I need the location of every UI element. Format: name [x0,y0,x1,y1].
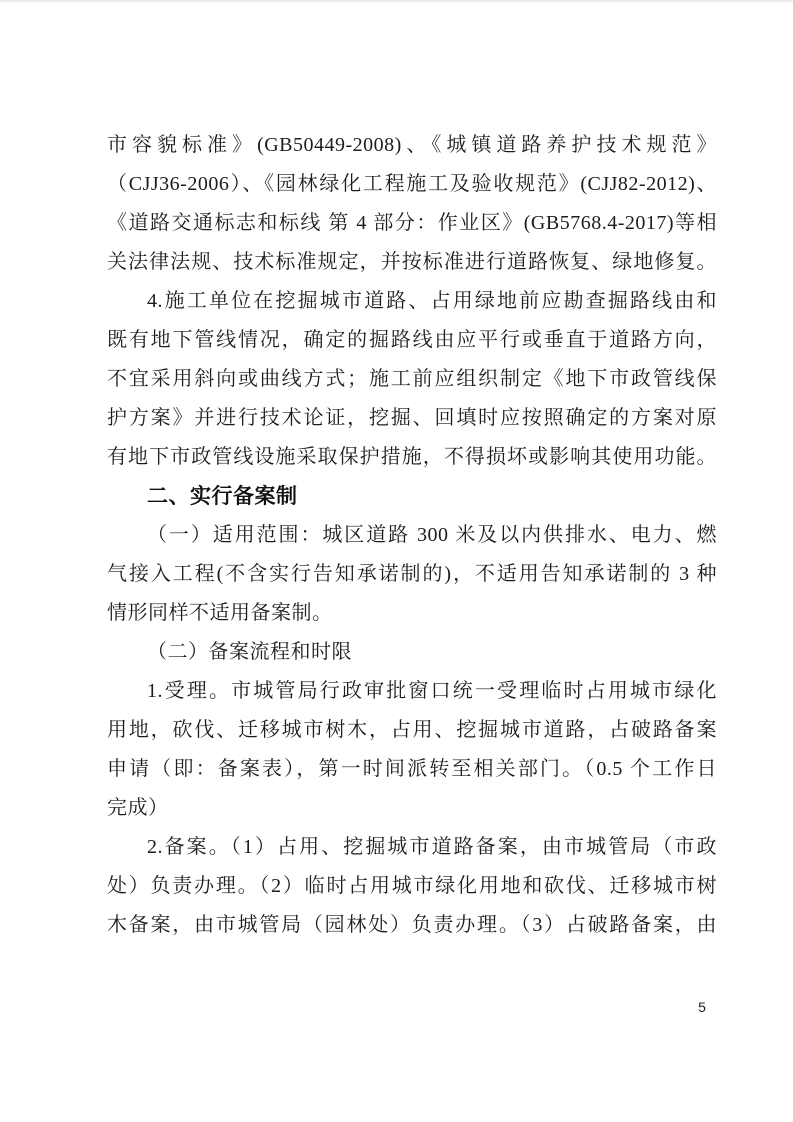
text-line: （CJJ36-2006）、《园林绿化工程施工及验收规范》(CJJ82-2012)… [107,165,717,204]
text-line: 《道路交通标志和标线 第 4 部分：作业区》(GB5768.4-2017)等相 [107,204,717,243]
text-line: 关法律法规、技术标准规定，并按标准进行道路恢复、绿地修复。 [107,243,717,282]
text-line: （一）适用范围：城区道路 300 米及以内供排水、电力、燃 [107,516,717,555]
paragraph-scope: （一）适用范围：城区道路 300 米及以内供排水、电力、燃气接入工程(不含实行告… [107,516,717,633]
paragraph-acceptance: 1.受理。市城管局行政审批窗口统一受理临时占用城市绿化用地，砍伐、迁移城市树木，… [107,672,717,828]
text-line: 既有地下管线情况，确定的掘路线由应平行或垂直于道路方向， [107,321,717,360]
text-line: 气接入工程(不含实行告知承诺制的)，不适用告知承诺制的 3 种 [107,555,717,594]
text-line: 有地下市政管线设施采取保护措施，不得损坏或影响其使用功能。 [107,438,717,477]
text-line: 护方案》并进行技术论证，挖掘、回填时应按照确定的方案对原 [107,399,717,438]
text-line: 完成） [107,789,717,828]
text-line: （二）备案流程和时限 [107,633,717,672]
text-line: 情形同样不适用备案制。 [107,594,717,633]
text-line: 4.施工单位在挖掘城市道路、占用绿地前应勘查掘路线由和 [107,282,717,321]
section-heading-2: 二、实行备案制 [107,477,717,516]
paragraph-item-4: 4.施工单位在挖掘城市道路、占用绿地前应勘查掘路线由和既有地下管线情况，确定的掘… [107,282,717,477]
text-line: 二、实行备案制 [107,477,717,516]
text-line: 2.备案。（1）占用、挖掘城市道路备案，由市城管局（市政 [107,828,717,867]
page-number: 5 [692,997,712,1017]
text-line: 木备案，由市城管局（园林处）负责办理。（3）占破路备案，由 [107,906,717,945]
document-page: 市容貌标准》(GB50449-2008)、《城镇道路养护技术规范》（CJJ36-… [0,0,793,1122]
text-line: 1.受理。市城管局行政审批窗口统一受理临时占用城市绿化 [107,672,717,711]
text-line: 市容貌标准》(GB50449-2008)、《城镇道路养护技术规范》 [107,126,717,165]
text-line: 申请（即：备案表），第一时间派转至相关部门。（0.5 个工作日 [107,750,717,789]
text-line: 处）负责办理。（2）临时占用城市绿化用地和砍伐、迁移城市树 [107,867,717,906]
paragraph-standards-continued: 市容貌标准》(GB50449-2008)、《城镇道路养护技术规范》（CJJ36-… [107,126,717,282]
paragraph-filing: 2.备案。（1）占用、挖掘城市道路备案，由市城管局（市政处）负责办理。（2）临时… [107,828,717,945]
paragraph-process-heading: （二）备案流程和时限 [107,633,717,672]
text-line: 不宜采用斜向或曲线方式；施工前应组织制定《地下市政管线保 [107,360,717,399]
text-line: 用地，砍伐、迁移城市树木，占用、挖掘城市道路，占破路备案 [107,711,717,750]
document-body: 市容貌标准》(GB50449-2008)、《城镇道路养护技术规范》（CJJ36-… [107,126,717,945]
